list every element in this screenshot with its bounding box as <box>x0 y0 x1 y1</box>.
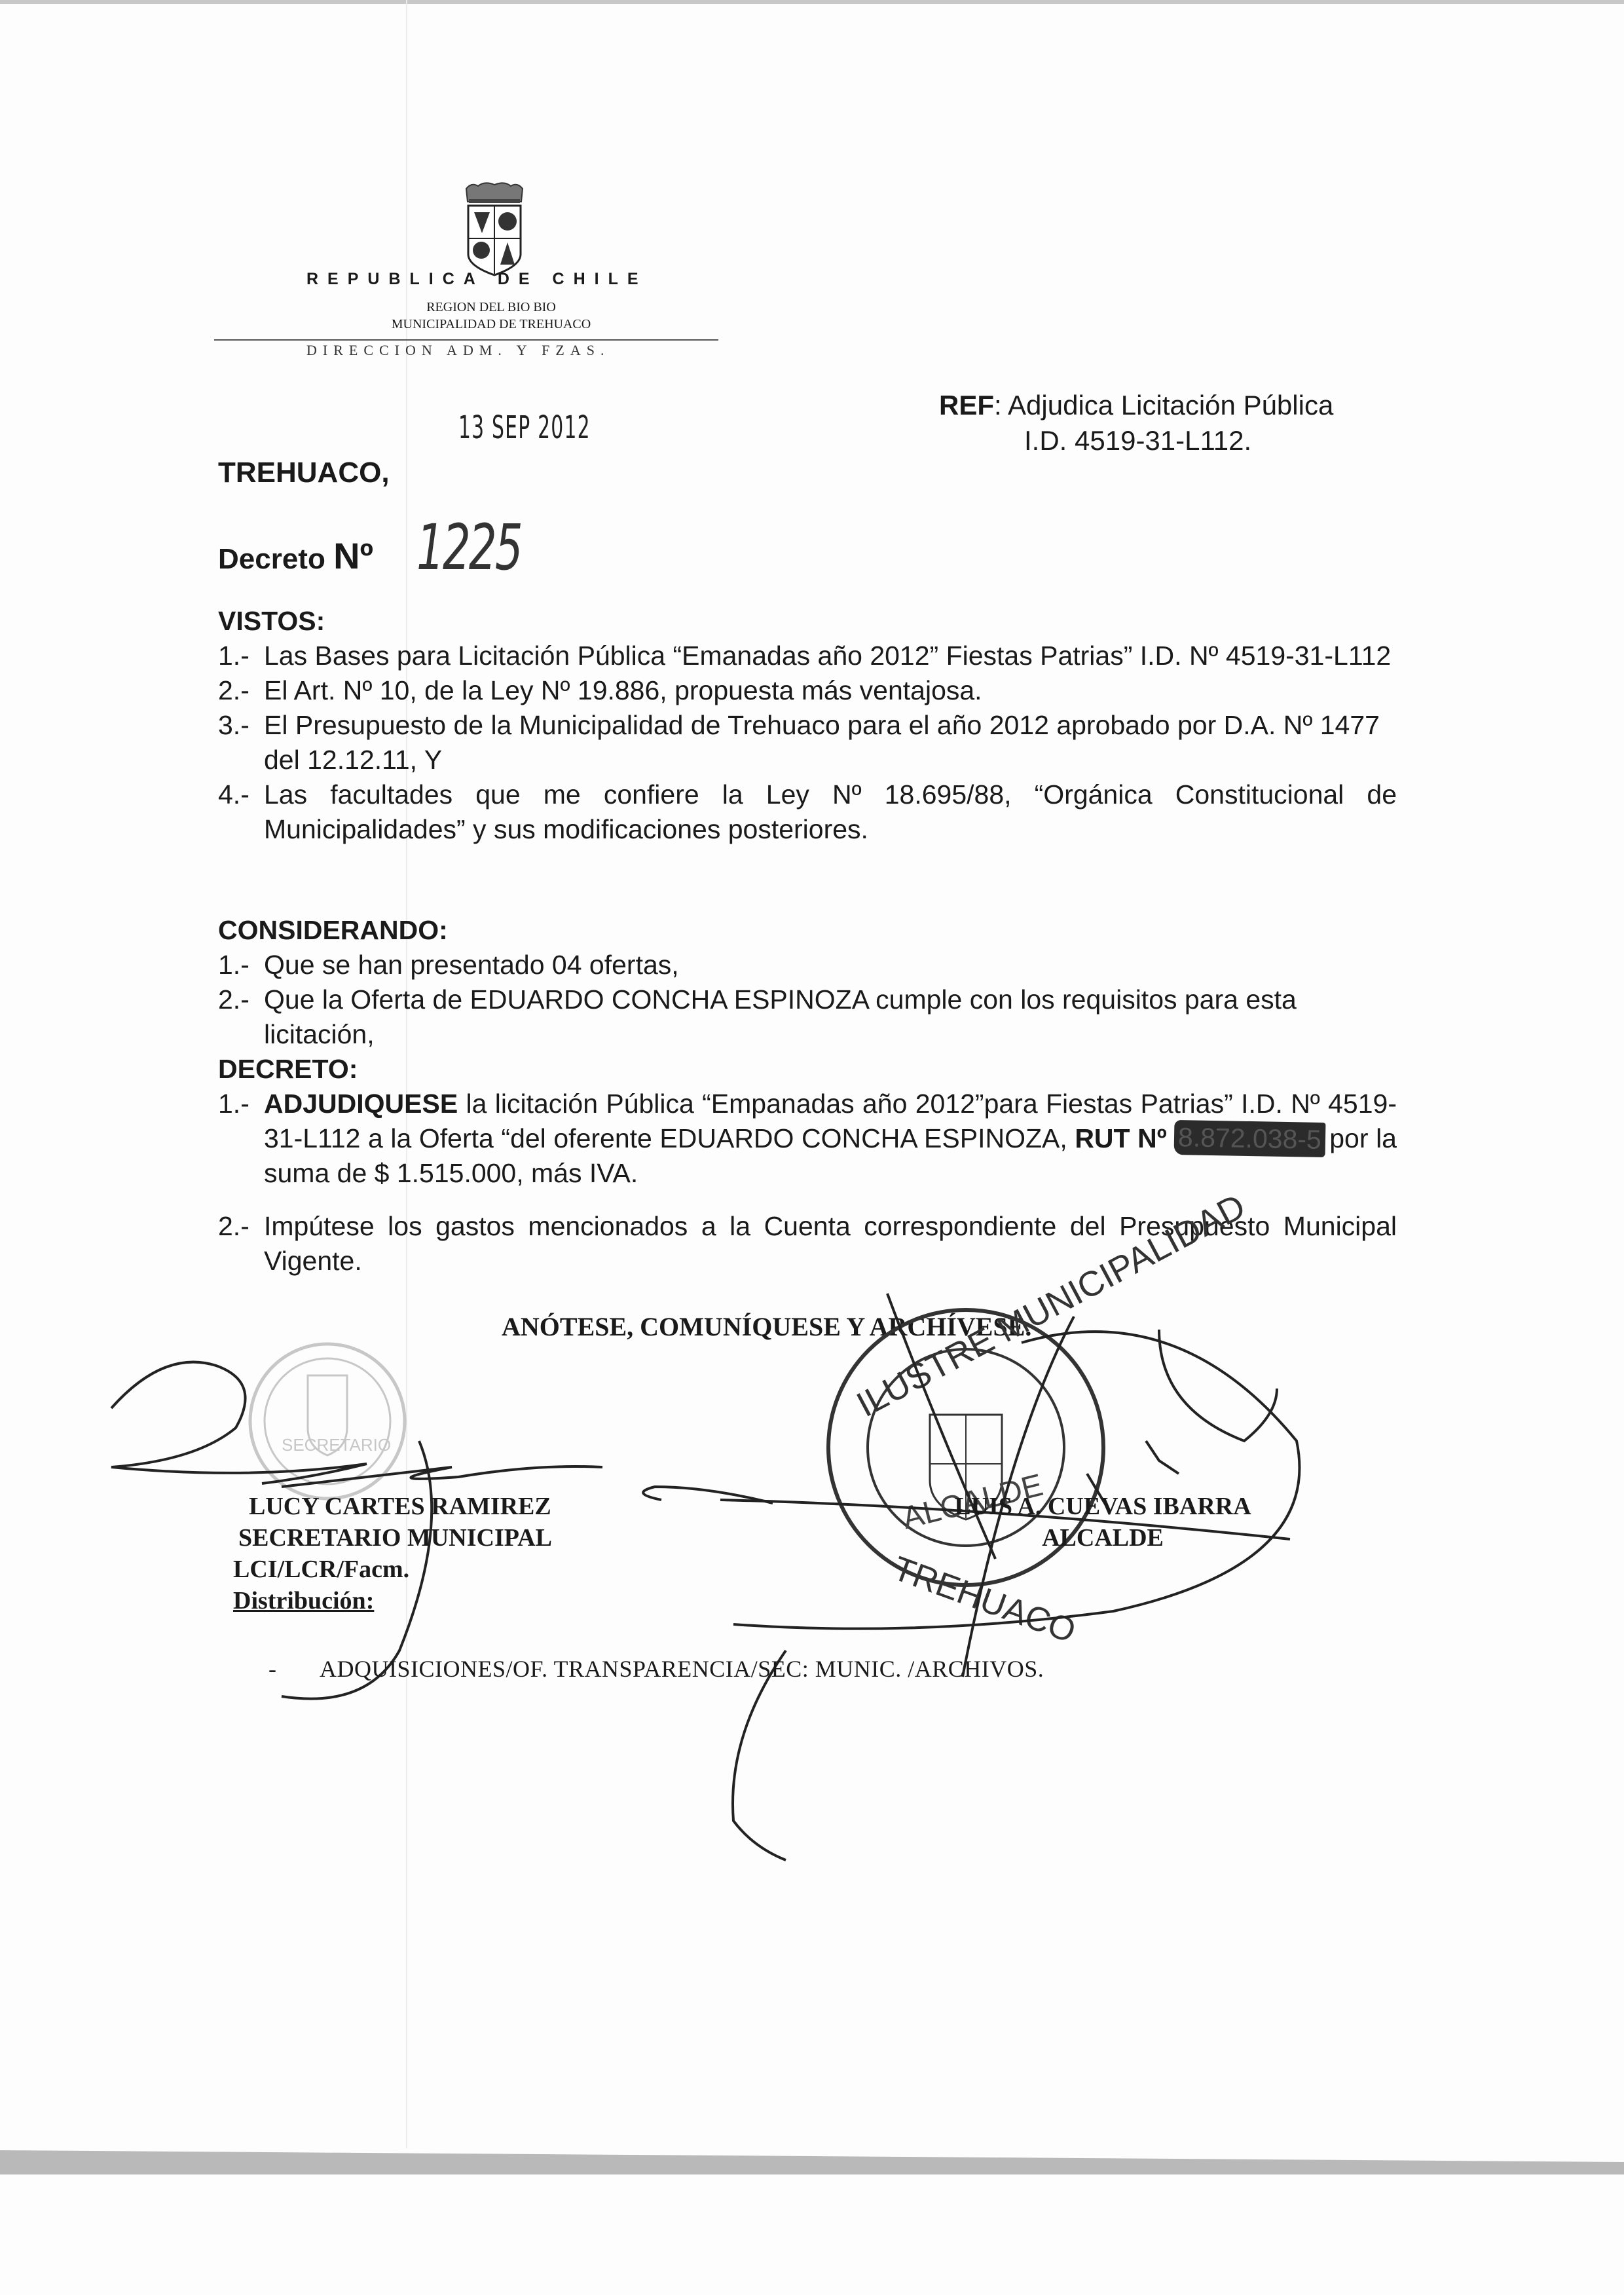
decree-no-symbol: Nº <box>333 535 373 576</box>
redacted-rut: 8.872.038-5 <box>1174 1120 1326 1157</box>
item-text: Que la Oferta de EDUARDO CONCHA ESPINOZA… <box>264 982 1397 1052</box>
secretary-title: SECRETARIO MUNICIPAL <box>233 1522 552 1554</box>
region-line: REGION DEL BIO BIO <box>0 300 982 315</box>
item-number: 3.- <box>218 708 264 777</box>
distribution-recipients: ADQUISICIONES/OF. TRANSPARENCIA/SEC: MUN… <box>320 1656 1044 1682</box>
decree-number-label: Decreto Nº <box>218 534 373 577</box>
item-number: 2.- <box>218 673 264 708</box>
ref-line-2: I.D. 4519-31-L112. <box>939 423 1333 458</box>
department-line: DIRECCION ADM. Y FZAS. <box>306 342 610 359</box>
distribution-label: Distribución: <box>233 1585 552 1616</box>
item-number: 1.- <box>218 639 264 673</box>
distribution-bullet: - <box>268 1655 320 1683</box>
letterhead-divider <box>214 339 718 341</box>
vistos-item: 2.- El Art. Nº 10, de la Ley Nº 19.886, … <box>218 673 1397 708</box>
document-initials: LCI/LCR/Facm. <box>233 1554 552 1585</box>
date-stamp: 13 SEP 2012 <box>458 409 591 446</box>
decree-number-handwritten: 1225 <box>416 511 521 584</box>
item-text: ADJUDIQUESE la licitación Pública “Empan… <box>264 1087 1397 1191</box>
vistos-item: 1.- Las Bases para Licitación Pública “E… <box>218 639 1397 673</box>
decreto-heading: DECRETO: <box>218 1052 1397 1087</box>
mayor-signature-icon <box>720 1294 1299 1860</box>
considerando-item: 2.- Que la Oferta de EDUARDO CONCHA ESPI… <box>218 982 1397 1052</box>
item-text: El Presupuesto de la Municipalidad de Tr… <box>264 708 1397 777</box>
reference-block: REF: Adjudica Licitación Pública I.D. 45… <box>939 388 1333 458</box>
svg-text:SECRETARIO: SECRETARIO <box>282 1435 391 1455</box>
secretary-seal-icon: SECRETARIO <box>250 1344 405 1499</box>
vistos-heading: VISTOS: <box>218 604 1397 639</box>
mayor-title: ALCALDE <box>913 1522 1293 1554</box>
decreto-item: 1.- ADJUDIQUESE la licitación Pública “E… <box>218 1087 1397 1191</box>
item-text: El Art. Nº 10, de la Ley Nº 19.886, prop… <box>264 673 1397 708</box>
item-number: 1.- <box>218 1087 264 1191</box>
scan-bottom-shadow <box>0 2150 1624 2174</box>
svg-text:TREHUACO: TREHUACO <box>888 1550 1080 1651</box>
item-text: Las facultades que me confiere la Ley Nº… <box>264 777 1397 847</box>
vistos-item: 3.- El Presupuesto de la Municipalidad d… <box>218 708 1397 777</box>
item-text: Que se han presentado 04 ofertas, <box>264 948 1397 982</box>
secretary-signature-block: LUCY CARTES RAMIREZ SECRETARIO MUNICIPAL… <box>233 1491 552 1616</box>
item-text: Las Bases para Licitación Pública “Emana… <box>264 639 1397 673</box>
item-number: 2.- <box>218 982 264 1052</box>
mayor-signature-block: LUIS A. CUEVAS IBARRA ALCALDE <box>913 1491 1293 1554</box>
item-number: 2.- <box>218 1209 264 1278</box>
coat-of-arms-icon <box>458 182 530 277</box>
municipality-line: MUNICIPALIDAD DE TREHUACO <box>0 317 982 332</box>
scan-top-edge <box>0 0 1624 4</box>
secretary-name: LUCY CARTES RAMIREZ <box>233 1491 552 1522</box>
considerando-section: CONSIDERANDO: 1.- Que se han presentado … <box>218 913 1397 1278</box>
distribution-list: -ADQUISICIONES/OF. TRANSPARENCIA/SEC: MU… <box>268 1655 1044 1683</box>
decreto-item: 2.- Impútese los gastos mencionados a la… <box>218 1209 1397 1278</box>
vistos-section: VISTOS: 1.- Las Bases para Licitación Pú… <box>218 604 1397 847</box>
country-heading: REPUBLICA DE CHILE <box>306 270 648 289</box>
city-line: TREHUACO, <box>218 457 390 489</box>
considerando-heading: CONSIDERANDO: <box>218 913 1397 948</box>
considerando-item: 1.- Que se han presentado 04 ofertas, <box>218 948 1397 982</box>
item-number: 1.- <box>218 948 264 982</box>
closing-formula: ANÓTESE, COMUNÍQUESE Y ARCHÍVESE. <box>502 1311 1031 1342</box>
rut-label: RUT Nº <box>1075 1123 1166 1153</box>
item-number: 4.- <box>218 777 264 847</box>
mayor-name: LUIS A. CUEVAS IBARRA <box>913 1491 1293 1522</box>
ref-label: REF <box>939 390 994 420</box>
item-text: Impútese los gastos mencionados a la Cue… <box>264 1209 1397 1278</box>
decree-label-text: Decreto <box>218 543 325 575</box>
adjudiquese-lead: ADJUDIQUESE <box>264 1089 458 1119</box>
vistos-item: 4.- Las facultades que me confiere la Le… <box>218 777 1397 847</box>
ref-line-1: : Adjudica Licitación Pública <box>994 390 1333 420</box>
